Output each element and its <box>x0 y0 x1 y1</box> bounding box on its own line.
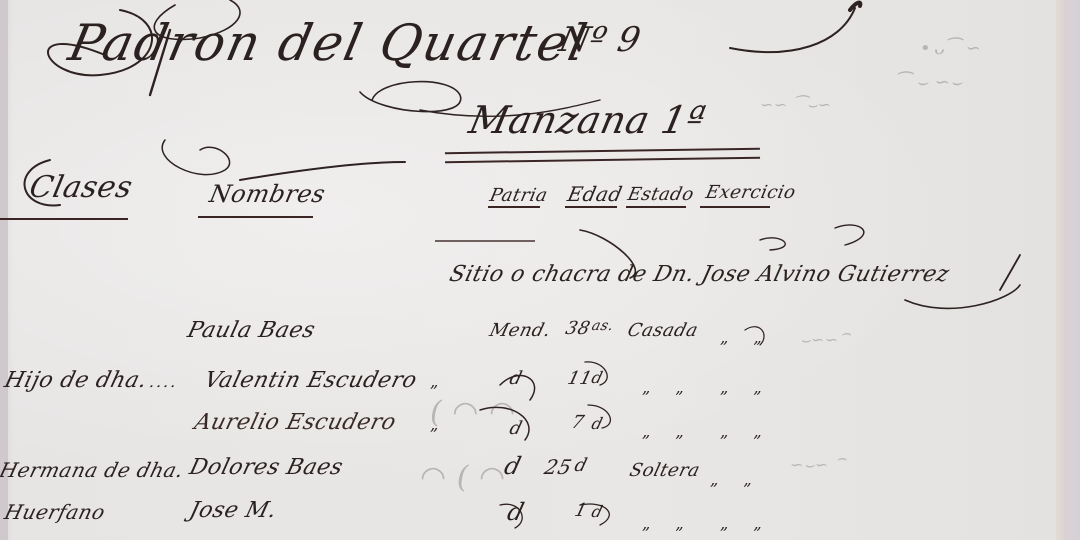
row-3-patria: „ <box>430 415 448 434</box>
row-5-nombre: Jose M. <box>187 498 280 523</box>
header-underline <box>198 216 313 218</box>
row-4-patria-ditto: d <box>502 452 525 480</box>
row-3-edad-unit: d <box>590 414 605 433</box>
row-5-edad-unit: d <box>590 502 605 521</box>
row-2-leader-dots: .... <box>148 372 181 391</box>
column-header-edad: Edad <box>565 182 624 206</box>
page-right-edge <box>1056 0 1080 540</box>
row-4-exercicio: „ „ <box>710 470 762 489</box>
row-1-nombre: Paula Baes <box>185 318 318 343</box>
property-line: Sitio o chacra de Dn. Jose Alvino Gutier… <box>447 262 952 287</box>
manuscript-page: • ᴗ⁀ ∽ ⁀ ⌣ ∽⌣ ∽∽ ⁀⌣∽ ⌣∽∽⁀ ∽⌣∽ ⁀ ( ◠ ◠ ◠ … <box>0 0 1080 540</box>
subtitle-double-underline <box>445 148 760 163</box>
bleed-through-note: ⁀ ⌣ ∽⌣ <box>895 72 963 93</box>
row-2-estado: „ „ <box>642 378 694 397</box>
column-header-patria: Patria <box>488 185 550 206</box>
row-3-nombre: Aurelio Escudero <box>192 410 399 435</box>
column-header-estado: Estado <box>626 184 696 205</box>
column-header-exercicio: Exercicio <box>704 182 798 203</box>
header-underline <box>700 206 770 208</box>
column-header-clases: Clases <box>26 170 135 205</box>
district-number: Nº 9 <box>556 20 645 60</box>
section-rule <box>435 240 535 242</box>
bleed-through-note: ∽⌣∽ ⁀ <box>790 455 845 475</box>
row-2-clase: Hijo de dha. <box>2 368 150 393</box>
row-5-exercicio: „ „ <box>720 514 772 533</box>
row-1-patria: Mend. <box>487 320 553 341</box>
column-header-nombres: Nombres <box>207 180 328 208</box>
row-3-exercicio: „ „ <box>720 422 772 441</box>
row-1-edad: 38 <box>563 318 592 339</box>
block-subtitle: Manzana 1ª <box>465 98 710 142</box>
header-underline <box>488 206 540 208</box>
row-5-clase: Huerfano <box>2 500 108 524</box>
row-1-estado: Casada <box>625 320 700 341</box>
row-2-nombre: Valentin Escudero <box>202 368 420 393</box>
row-2-patria: „ <box>430 372 448 391</box>
row-4-edad: 25 <box>542 455 574 479</box>
header-underline <box>626 206 686 208</box>
row-1-edad-unit: as. <box>590 318 615 334</box>
row-4-estado: Soltera <box>627 460 702 481</box>
row-3-edad: 7 <box>569 412 586 433</box>
bleed-through-note: ⌣∽∽⁀ <box>800 330 850 350</box>
bleed-through-note: ∽∽ ⁀⌣∽ <box>760 95 832 115</box>
bleed-through-note: ◠ ( ◠ <box>420 460 506 495</box>
row-2-patria-ditto: d <box>507 368 524 389</box>
header-underline <box>0 218 128 220</box>
document-title: Padron del Quartel <box>64 14 594 72</box>
bleed-through-note: • ᴗ⁀ ∽ <box>920 38 982 59</box>
row-4-edad-unit: d <box>572 455 589 476</box>
row-2-exercicio: „ „ <box>720 378 772 397</box>
header-underline <box>565 206 617 208</box>
row-5-estado: „ „ <box>642 514 694 533</box>
row-4-clase: Hermana de dha. <box>0 458 186 482</box>
row-5-edad: 1 <box>572 500 589 521</box>
row-3-estado: „ „ <box>642 422 694 441</box>
row-1-exercicio: „ „ <box>720 328 772 347</box>
row-4-nombre: Dolores Baes <box>187 455 346 480</box>
row-5-patria-ditto: d <box>505 498 528 526</box>
